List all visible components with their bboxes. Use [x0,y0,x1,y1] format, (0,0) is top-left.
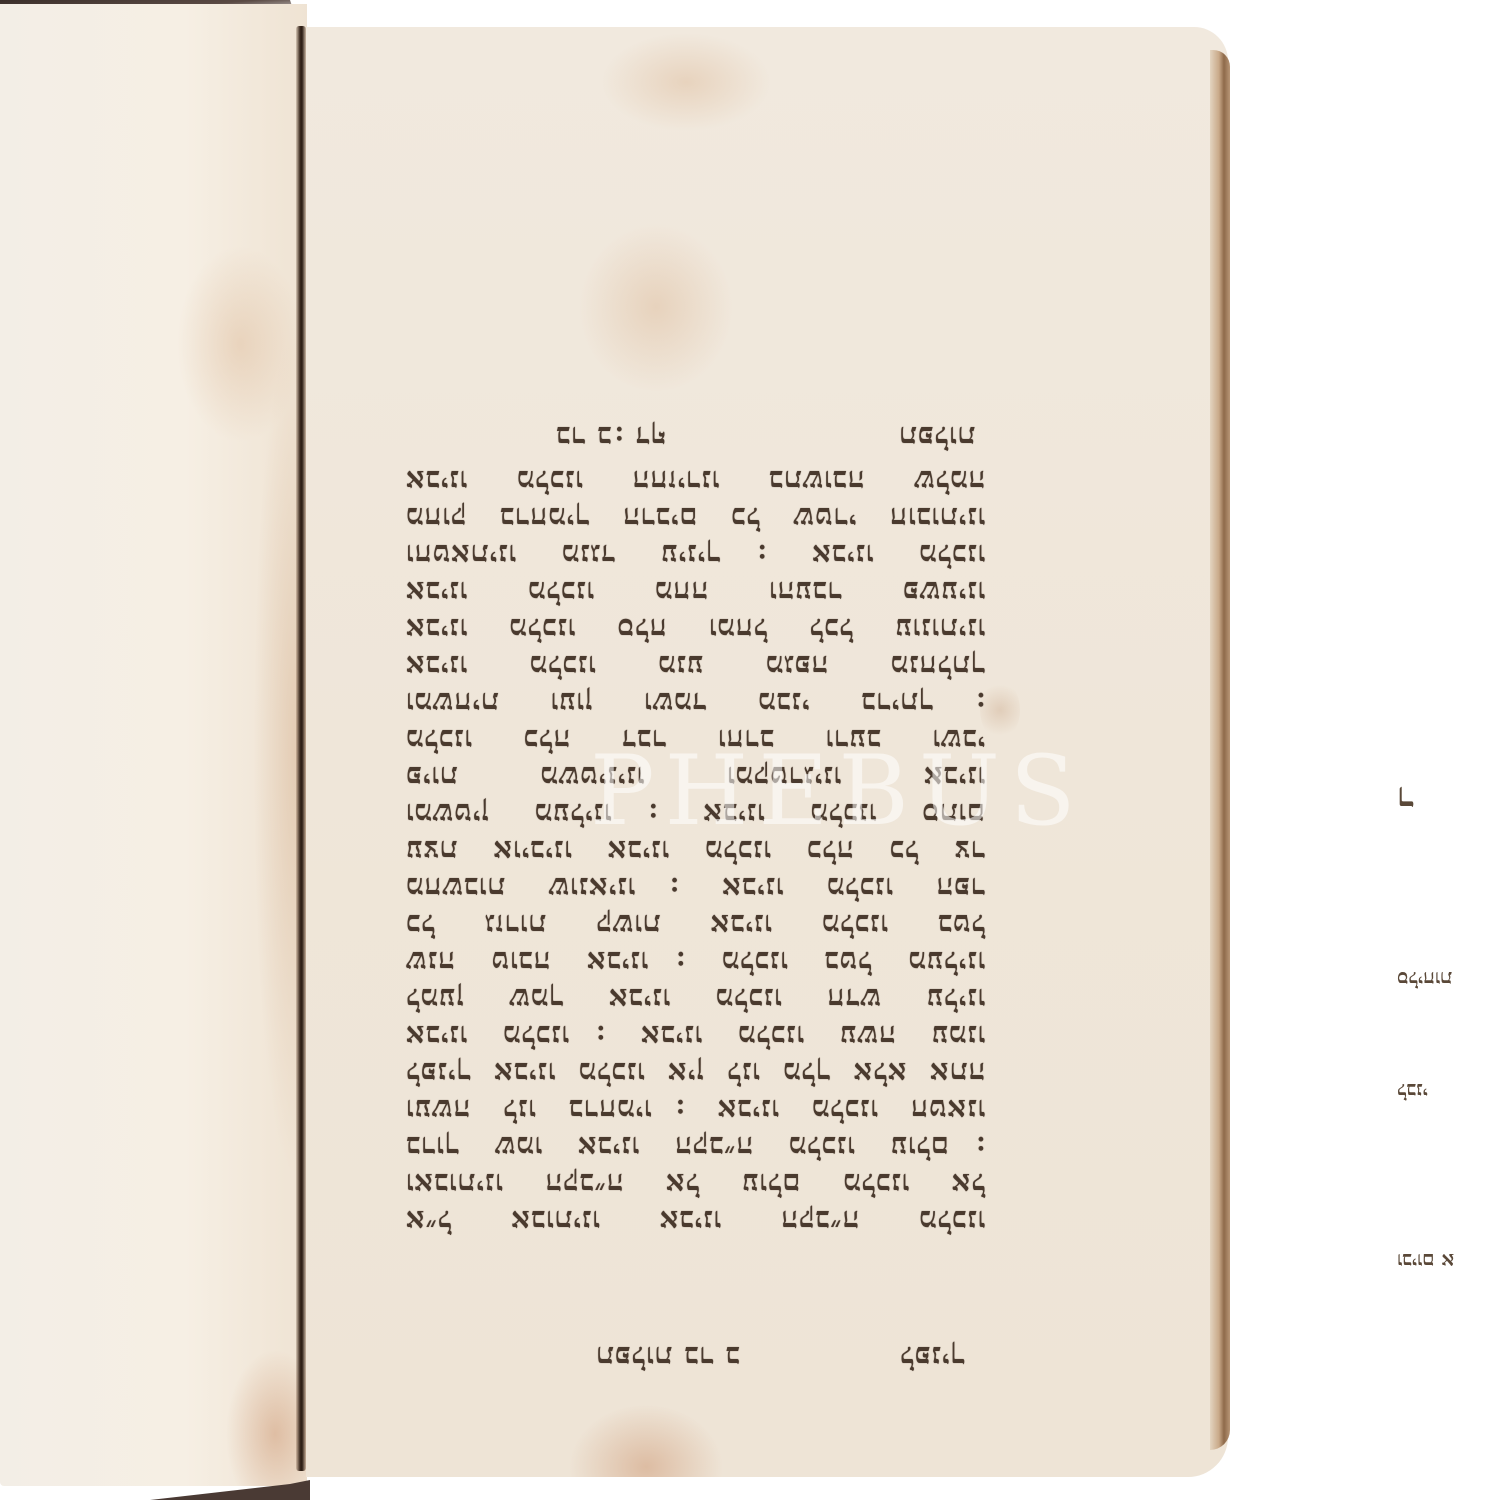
margin-mark: ר [1397,778,1414,818]
book-photo: בר ב ׃ דף תפלות אבינו מלכנו החזירנו בתשו… [0,0,1500,1500]
header-title: תפלות [898,418,975,455]
header-folio: בר ב ׃ דף [555,418,665,455]
text-line: למען שמך אבינו מלכנו חדש עלינו [405,980,985,1017]
left-page-blank [0,4,307,1486]
text-line: אבינו מלכנו החזירנו בתשובה שלמה [405,462,985,499]
text-line: עצת אויבינו אבינו מלכנו כלה כל צר [405,832,985,869]
text-line: מחוק ברחמיך הרבים כל שטרי חובותינו [405,499,985,536]
body-text: אבינו מלכנו החזירנו בתשובה שלמה מחוק ברח… [405,462,985,1239]
text-line: כל גזרות קשות אבינו מלכנו בטל [405,906,985,943]
ink-stain [980,680,1020,740]
text-line: אבינו מלכנו מנע מגפה מנחלתך [405,647,985,684]
catchword-footer: תפלות בר ב לפניך [595,1338,965,1375]
text-line: אבינו מלכנו מחה והעבר פשעינו [405,573,985,610]
margin-note: לבני [1397,1078,1428,1103]
text-line: לפניך אבינו מלכנו אין לנו מלך אלא אתה [405,1054,985,1091]
text-line: פיות משטינינו ומקטרגינו אבינו [405,758,985,795]
text-line: שנה טובה אבינו ׃ מלכנו בטל מעלינו [405,943,985,980]
text-line: א״ל אבותינו אבינו הקב״ה מלכנו [405,1202,985,1239]
text-line: ועשה לנו ברחמיו ׃ אבינו מלכנו חטאנו [405,1091,985,1128]
text-line: מלכנו כלה דבר וחרב ורעב ושבי [405,721,985,758]
text-line: אבינו מלכנו סלח ומחל לכל עונותינו [405,610,985,647]
text-line: מחשבות שונאינו ׃ אבינו מלכנו הפר [405,869,985,906]
margin-note: סליחות [1397,966,1452,991]
running-header: בר ב ׃ דף תפלות [555,418,975,455]
footer-signature: תפלות בר ב [595,1338,740,1375]
page-edges [1210,50,1230,1450]
text-line: אבינו מלכנו ׃ אבינו מלכנו עשה עמנו [405,1017,985,1054]
text-line: וחטאתינו מנגד עיניך ׃ אבינו מלכנו [405,536,985,573]
text-line: ברוך שמו אבינו הקב״ה מלכנו עולם ׃ [405,1128,985,1165]
text-line: ומשחית ועון ושמד מבני בריתך ׃ [405,684,985,721]
text-line: ומשטין מעלינו ׃ אבינו מלכנו סתום [405,795,985,832]
margin-note: וביום א [1397,1248,1454,1273]
footer-catchword: לפניך [899,1338,965,1375]
book-spine-gutter [296,26,306,1471]
text-line: ואבותינו הקב״ה אל עולם מלכנו אל [405,1165,985,1202]
